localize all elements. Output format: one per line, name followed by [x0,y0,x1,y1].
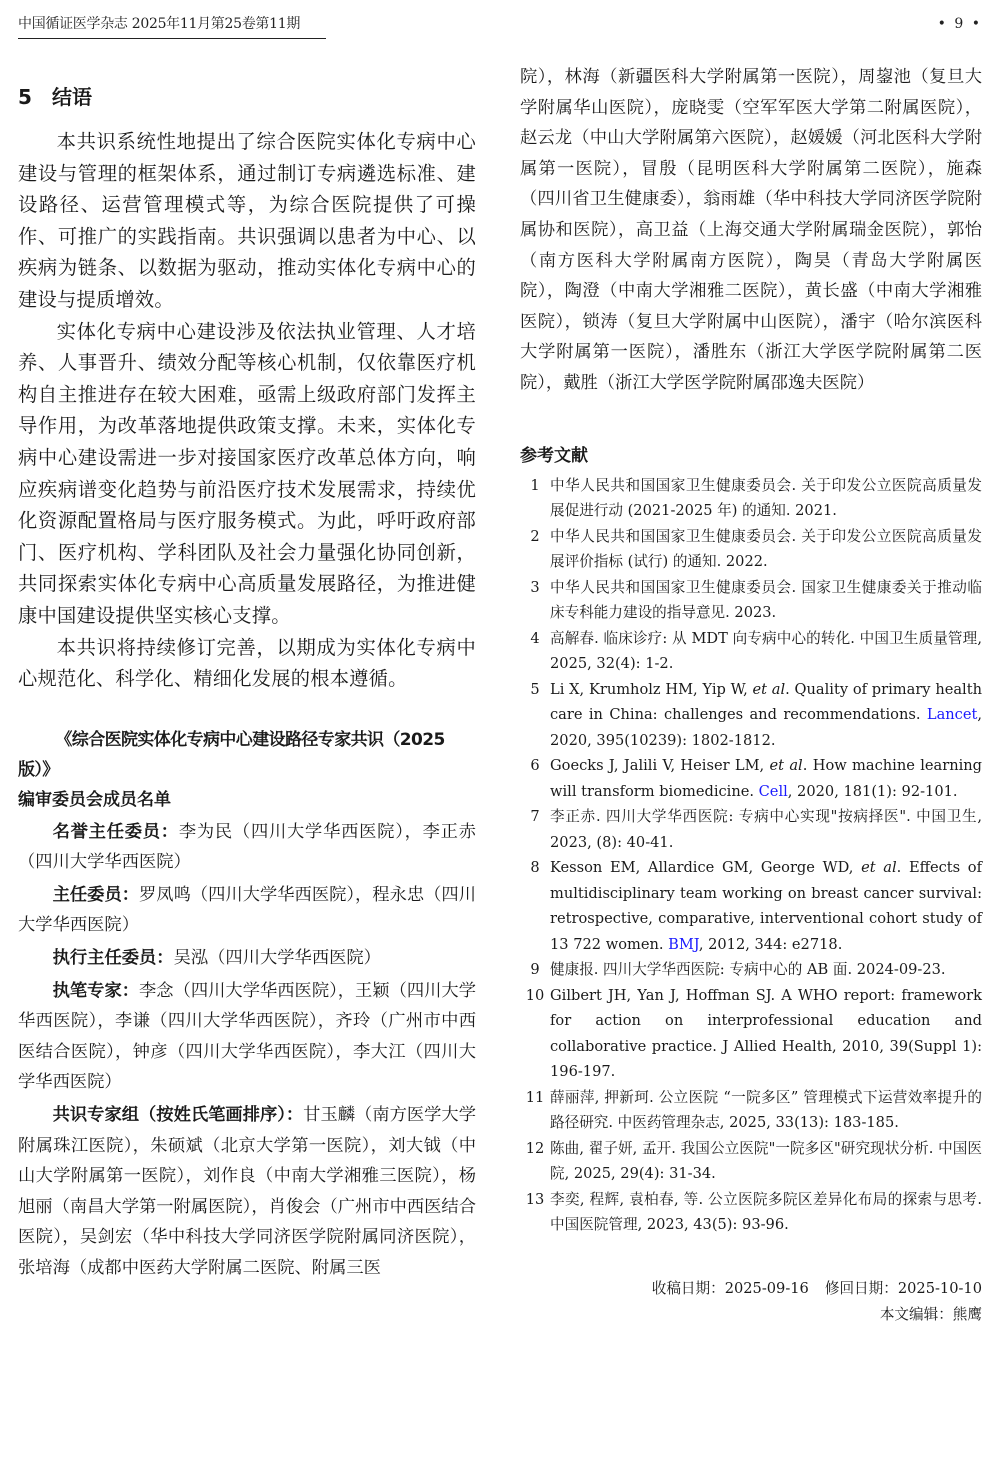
reference-number: 7 [520,804,550,855]
conclusion-paragraph: 实体化专病中心建设涉及依法执业管理、人才培养、人事晋升、绩效分配等核心机制，仅依… [18,316,476,632]
role-label: 共识专家组（按姓氏笔画排序）： [53,1105,304,1125]
reference-text: 中华人民共和国国家卫生健康委员会. 关于印发公立医院高质量发展评价指标 (试行)… [550,524,982,575]
reference-item: 9 健康报. 四川大学华西医院: 专病中心的 AB 面. 2024-09-23. [520,957,982,983]
reference-number: 2 [520,524,550,575]
right-column: 院），林海（新疆医科大学附属第一医院），周鋆池（复旦大学附属华山医院），庞晓雯（… [520,62,982,1328]
reference-authors: Goecks J, Jalili V, Heiser LM, [550,757,770,774]
reference-number: 1 [520,473,550,524]
section-number: 5 [18,80,52,114]
reference-citation: , 2012, 344: e2718. [699,936,843,953]
committee-group-writers: 执笔专家：李念（四川大学华西医院），王颖（四川大学华西医院），李谦（四川大学华西… [18,976,476,1098]
journal-link-cell[interactable]: Cell [759,783,788,800]
reference-item: 12 陈曲, 翟子妍, 孟开. 我国公立医院"一院多区"研究现状分析. 中国医院… [520,1136,982,1187]
committee-group-honorary-chair: 名誉主任委员：李为民（四川大学华西医院），李正赤（四川大学华西医院） [18,817,476,878]
reference-authors: Kesson EM, Allardice GM, George WD, [550,859,861,876]
references-heading: 参考文献 [520,443,982,469]
member-list: 甘玉麟（南方医学大学附属珠江医院），朱硕斌（北京大学第一医院），刘大钺（中山大学… [18,1105,476,1278]
reference-text: 高解春. 临床诊疗: 从 MDT 向专病中心的转化. 中国卫生质量管理, 202… [550,626,982,677]
revised-label: 修回日期： [825,1280,898,1297]
reference-item: 10 Gilbert JH, Yan J, Hoffman SJ. A WHO … [520,983,982,1085]
committee-heading: 《综合医院实体化专病中心建设路径专家共识（2025 版）》 编审委员会成员名单 [18,725,476,815]
committee-group-experts: 共识专家组（按姓氏笔画排序）：甘玉麟（南方医学大学附属珠江医院），朱硕斌（北京大… [18,1100,476,1284]
et-al: et al [861,859,897,876]
reference-number: 6 [520,753,550,804]
reference-text: 健康报. 四川大学华西医院: 专病中心的 AB 面. 2024-09-23. [550,957,982,983]
journal-link-bmj[interactable]: BMJ [668,936,699,953]
reference-item: 3 中华人民共和国国家卫生健康委员会. 国家卫生健康委关于推动临床专科能力建设的… [520,575,982,626]
reference-number: 11 [520,1085,550,1136]
page-number: • 9 • [938,16,982,32]
et-al: et al [752,681,785,698]
reference-number: 10 [520,983,550,1085]
role-label: 名誉主任委员： [53,822,179,842]
reference-list: 1 中华人民共和国国家卫生健康委员会. 关于印发公立医院高质量发展促进行动 (2… [520,473,982,1238]
committee-group-chair: 主任委员：罗凤鸣（四川大学华西医院），程永忠（四川大学华西医院） [18,880,476,941]
reference-number: 13 [520,1187,550,1238]
role-label: 执笔专家： [53,981,139,1001]
reference-item: 11 薛丽萍, 押新珂. 公立医院 “一院多区” 管理模式下运营效率提升的路径研… [520,1085,982,1136]
editor-line: 本文编辑：熊鹰 [520,1302,982,1328]
left-column: 5结语 本共识系统性地提出了综合医院实体化专病中心建设与管理的框架体系，通过制订… [18,80,476,1284]
reference-number: 5 [520,677,550,754]
received-label: 收稿日期： [652,1280,725,1297]
reference-text: 李奕, 程辉, 袁柏春, 等. 公立医院多院区差异化布局的探索与思考. 中国医院… [550,1187,982,1238]
running-header: 中国循证医学杂志 2025年11月第25卷第11期 [18,14,326,39]
reference-item: 1 中华人民共和国国家卫生健康委员会. 关于印发公立医院高质量发展促进行动 (2… [520,473,982,524]
reference-number: 4 [520,626,550,677]
revised-date: 2025-10-10 [898,1280,982,1297]
committee-group-executive-chair: 执行主任委员：吴泓（四川大学华西医院） [18,943,476,974]
reference-text: 中华人民共和国国家卫生健康委员会. 关于印发公立医院高质量发展促进行动 (202… [550,473,982,524]
reference-text: 中华人民共和国国家卫生健康委员会. 国家卫生健康委关于推动临床专科能力建设的指导… [550,575,982,626]
reference-text: Goecks J, Jalili V, Heiser LM, et al. Ho… [550,753,982,804]
expert-list-continuation: 院），林海（新疆医科大学附属第一医院），周鋆池（复旦大学附属华山医院），庞晓雯（… [520,62,982,399]
role-label: 主任委员： [53,885,139,905]
reference-item: 7 李正赤. 四川大学华西医院: 专病中心实现"按病择医". 中国卫生, 202… [520,804,982,855]
reference-authors: Li X, Krumholz HM, Yip W, [550,681,752,698]
conclusion-paragraph: 本共识将持续修订完善，以期成为实体化专病中心规范化、科学化、精细化发展的根本遵循… [18,632,476,695]
role-label: 执行主任委员： [53,948,174,968]
reference-number: 9 [520,957,550,983]
journal-issue: 中国循证医学杂志 2025年11月第25卷第11期 [18,16,300,32]
editor-label: 本文编辑： [880,1306,953,1323]
received-date: 2025-09-16 [725,1280,809,1297]
section-heading: 5结语 [18,80,476,114]
reference-citation: , 2020, 181(1): 92-101. [788,783,958,800]
reference-number: 3 [520,575,550,626]
reference-text: 李正赤. 四川大学华西医院: 专病中心实现"按病择医". 中国卫生, 2023,… [550,804,982,855]
reference-item: 2 中华人民共和国国家卫生健康委员会. 关于印发公立医院高质量发展评价指标 (试… [520,524,982,575]
reference-number: 12 [520,1136,550,1187]
member-list: 吴泓（四川大学华西医院） [174,948,381,968]
editor-name: 熊鹰 [953,1306,982,1323]
reference-text: Li X, Krumholz HM, Yip W, et al. Quality… [550,677,982,754]
journal-link-lancet[interactable]: Lancet [927,706,977,723]
reference-item: 4 高解春. 临床诊疗: 从 MDT 向专病中心的转化. 中国卫生质量管理, 2… [520,626,982,677]
committee-title-line1: 《综合医院实体化专病中心建设路径专家共识（2025 版）》 [18,725,476,785]
received-revised-line: 收稿日期：2025-09-16修回日期：2025-10-10 [520,1276,982,1302]
et-al: et al [770,757,803,774]
committee-title-line2: 编审委员会成员名单 [18,785,476,815]
reference-text: Gilbert JH, Yan J, Hoffman SJ. A WHO rep… [550,983,982,1085]
reference-text: Kesson EM, Allardice GM, George WD, et a… [550,855,982,957]
reference-item: 6 Goecks J, Jalili V, Heiser LM, et al. … [520,753,982,804]
reference-item: 13 李奕, 程辉, 袁柏春, 等. 公立医院多院区差异化布局的探索与思考. 中… [520,1187,982,1238]
reference-text: 薛丽萍, 押新珂. 公立医院 “一院多区” 管理模式下运营效率提升的路径研究. … [550,1085,982,1136]
reference-item: 5 Li X, Krumholz HM, Yip W, et al. Quali… [520,677,982,754]
section-title: 结语 [52,85,92,109]
article-dates: 收稿日期：2025-09-16修回日期：2025-10-10 本文编辑：熊鹰 [520,1276,982,1328]
reference-number: 8 [520,855,550,957]
reference-item: 8 Kesson EM, Allardice GM, George WD, et… [520,855,982,957]
conclusion-paragraph: 本共识系统性地提出了综合医院实体化专病中心建设与管理的框架体系，通过制订专病遴选… [18,126,476,316]
reference-text: 陈曲, 翟子妍, 孟开. 我国公立医院"一院多区"研究现状分析. 中国医院, 2… [550,1136,982,1187]
